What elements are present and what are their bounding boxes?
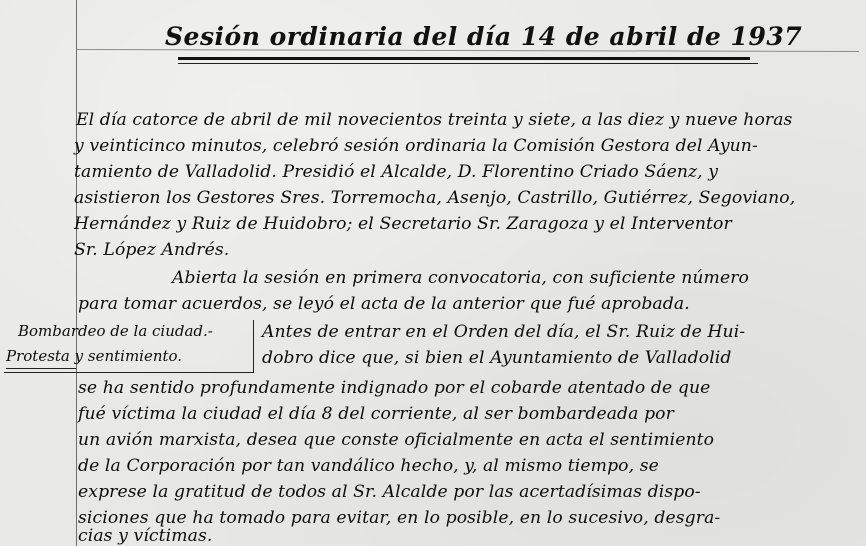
margin-note-underline (6, 368, 76, 369)
text-line: El día catorce de abril de mil novecient… (76, 110, 792, 130)
scanned-page: Sesión ordinaria del día 14 de abril de … (0, 0, 866, 546)
text-line: de la Corporación por tan vandálico hech… (78, 456, 659, 476)
title-underline (178, 57, 750, 60)
text-line: se ha sentido profundamente indignado po… (78, 378, 710, 398)
text-line: exprese la gratitud de todos al Sr. Alca… (78, 482, 701, 502)
text-line: fué víctima la ciudad el día 8 del corri… (78, 404, 674, 424)
page-title: Sesión ordinaria del día 14 de abril de … (165, 22, 735, 51)
title-underline-thin (178, 63, 758, 64)
text-line: Sr. López Andrés. (74, 240, 229, 260)
margin-note-line: Protesta y sentimiento. (6, 347, 182, 365)
margin-rule (76, 0, 77, 546)
text-line: un avión marxista, desea que conste ofic… (78, 430, 714, 450)
text-line: Antes de entrar en el Orden del día, el … (262, 322, 745, 342)
text-line: cias y víctimas. (78, 526, 213, 546)
text-line: Abierta la sesión en primera convocatori… (172, 268, 749, 288)
text-line: Hernández y Ruiz de Huidobro; el Secreta… (74, 214, 732, 234)
text-line: para tomar acuerdos, se leyó el acta de … (78, 294, 690, 314)
margin-note-line: Bombardeo de la ciudad.- (18, 322, 213, 340)
text-line: asistieron los Gestores Sres. Torremocha… (74, 188, 795, 208)
text-line: dobro dice que, si bien el Ayuntamiento … (262, 348, 732, 368)
text-line: siciones que ha tomado para evitar, en l… (78, 508, 720, 528)
text-line: tamiento de Valladolid. Presidió el Alca… (74, 162, 718, 182)
text-line: y veinticinco minutos, celebró sesión or… (74, 136, 758, 156)
